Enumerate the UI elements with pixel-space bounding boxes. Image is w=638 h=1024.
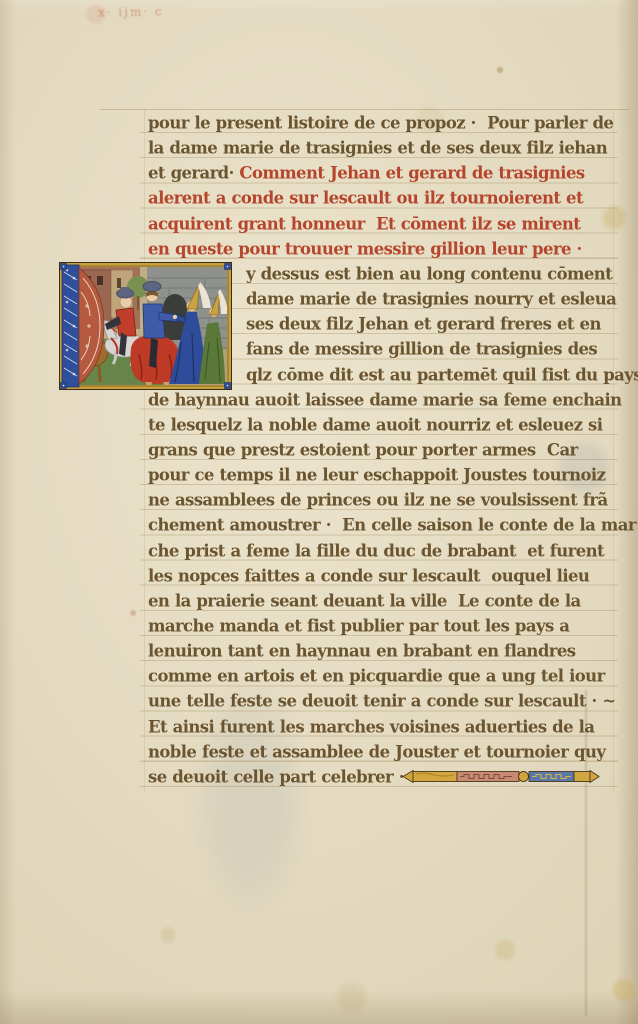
text-line: en la praierie seant deuant la ville Le … (148, 591, 581, 611)
body-text: chement amoustrer · En celle saison le c… (148, 515, 636, 535)
body-text: une telle feste se deuoit tenir a conde … (148, 691, 616, 711)
text-line: acquirent grant honneur Et cōment ilz se… (148, 214, 580, 234)
rubric-text: Comment Jehan et gerard de trasignies (239, 163, 584, 183)
text-line: en queste pour trouuer messire gillion l… (148, 239, 582, 259)
body-text: les nopces faittes a conde sur lescault … (148, 566, 589, 586)
text-line: se deuoit celle part celebrer · (148, 767, 404, 787)
line-filler-bar (402, 768, 600, 785)
text-line: ne assamblees de princes ou ilz ne se vo… (148, 490, 608, 510)
text-line: dame marie de trasignies nourry et esleu… (246, 289, 616, 309)
text-line: y dessus est bien au long contenu cōment (246, 264, 612, 284)
text-line: noble feste et assamblee de Jouster et t… (148, 742, 605, 762)
text-line: che prist a feme la fille du duc de brab… (148, 541, 604, 561)
text-line: une telle feste se deuoit tenir a conde … (148, 691, 616, 711)
body-text: dame marie de trasignies nourry et esleu… (246, 289, 616, 309)
text-line: pour le present listoire de ce propoz · … (148, 113, 613, 133)
text-line: lenuiron tant en haynnau en brabant en f… (148, 641, 575, 661)
body-text: la dame marie de trasignies et de ses de… (148, 138, 607, 158)
rubric-text: alerent a conde sur lescault ou ilz tour… (148, 188, 583, 208)
text-line: pour ce temps il ne leur eschappoit Jous… (148, 465, 605, 485)
body-text: ne assamblees de princes ou ilz ne se vo… (148, 490, 608, 510)
body-text: pour le present listoire de ce propoz · … (148, 113, 613, 133)
rubric-text: acquirent grant honneur Et cōment ilz se… (148, 214, 580, 234)
body-text: qlz cōme dit est au partemēt quil fist d… (246, 365, 638, 385)
miniature-illustration (59, 262, 232, 390)
text-line: les nopces faittes a conde sur lescault … (148, 566, 589, 586)
body-text: che prist a feme la fille du duc de brab… (148, 541, 604, 561)
text-line: chement amoustrer · En celle saison le c… (148, 515, 636, 535)
body-text: y dessus est bien au long contenu cōment (246, 264, 612, 284)
text-line: la dame marie de trasignies et de ses de… (148, 138, 607, 158)
body-text: se deuoit celle part celebrer · (148, 767, 404, 787)
text-line: qlz cōme dit est au partemēt quil fist d… (246, 365, 638, 385)
body-text: comme en artois et en picquardie que a u… (148, 666, 605, 686)
text-block: pour le present listoire de ce propoz · … (0, 0, 638, 1024)
text-line: et gerard· Comment Jehan et gerard de tr… (148, 163, 585, 183)
body-text: en la praierie seant deuant la ville Le … (148, 591, 581, 611)
body-text: pour ce temps il ne leur eschappoit Jous… (148, 465, 605, 485)
body-text: grans que prestz estoient pour porter ar… (148, 440, 578, 460)
body-text: ses deux filz Jehan et gerard freres et … (246, 314, 601, 334)
rubric-text: en queste pour trouuer messire gillion l… (148, 239, 582, 259)
text-line: alerent a conde sur lescault ou ilz tour… (148, 188, 583, 208)
body-text: fans de messire gillion de trasignies de… (246, 339, 597, 359)
body-text: noble feste et assamblee de Jouster et t… (148, 742, 605, 762)
body-text: marche manda et fist publier par tout le… (148, 616, 569, 636)
text-line: ses deux filz Jehan et gerard freres et … (246, 314, 601, 334)
body-text: et gerard· (148, 163, 239, 183)
line-filler-illustration (402, 768, 600, 785)
text-line: te lesquelz la noble dame auoit nourriz … (148, 415, 602, 435)
body-text: de haynnau auoit laissee dame marie sa f… (148, 390, 622, 410)
text-line: Et ainsi furent les marches voisines adu… (148, 717, 594, 737)
manuscript-page: x· ijm· c pour le present listoire de ce… (0, 0, 638, 1024)
text-line: fans de messire gillion de trasignies de… (246, 339, 597, 359)
body-text: lenuiron tant en haynnau en brabant en f… (148, 641, 575, 661)
historiated-initial-miniature (59, 262, 232, 390)
body-text: Et ainsi furent les marches voisines adu… (148, 717, 594, 737)
text-line: comme en artois et en picquardie que a u… (148, 666, 605, 686)
text-line: de haynnau auoit laissee dame marie sa f… (148, 390, 622, 410)
body-text: te lesquelz la noble dame auoit nourriz … (148, 415, 602, 435)
text-line: grans que prestz estoient pour porter ar… (148, 440, 578, 460)
text-line: marche manda et fist publier par tout le… (148, 616, 569, 636)
